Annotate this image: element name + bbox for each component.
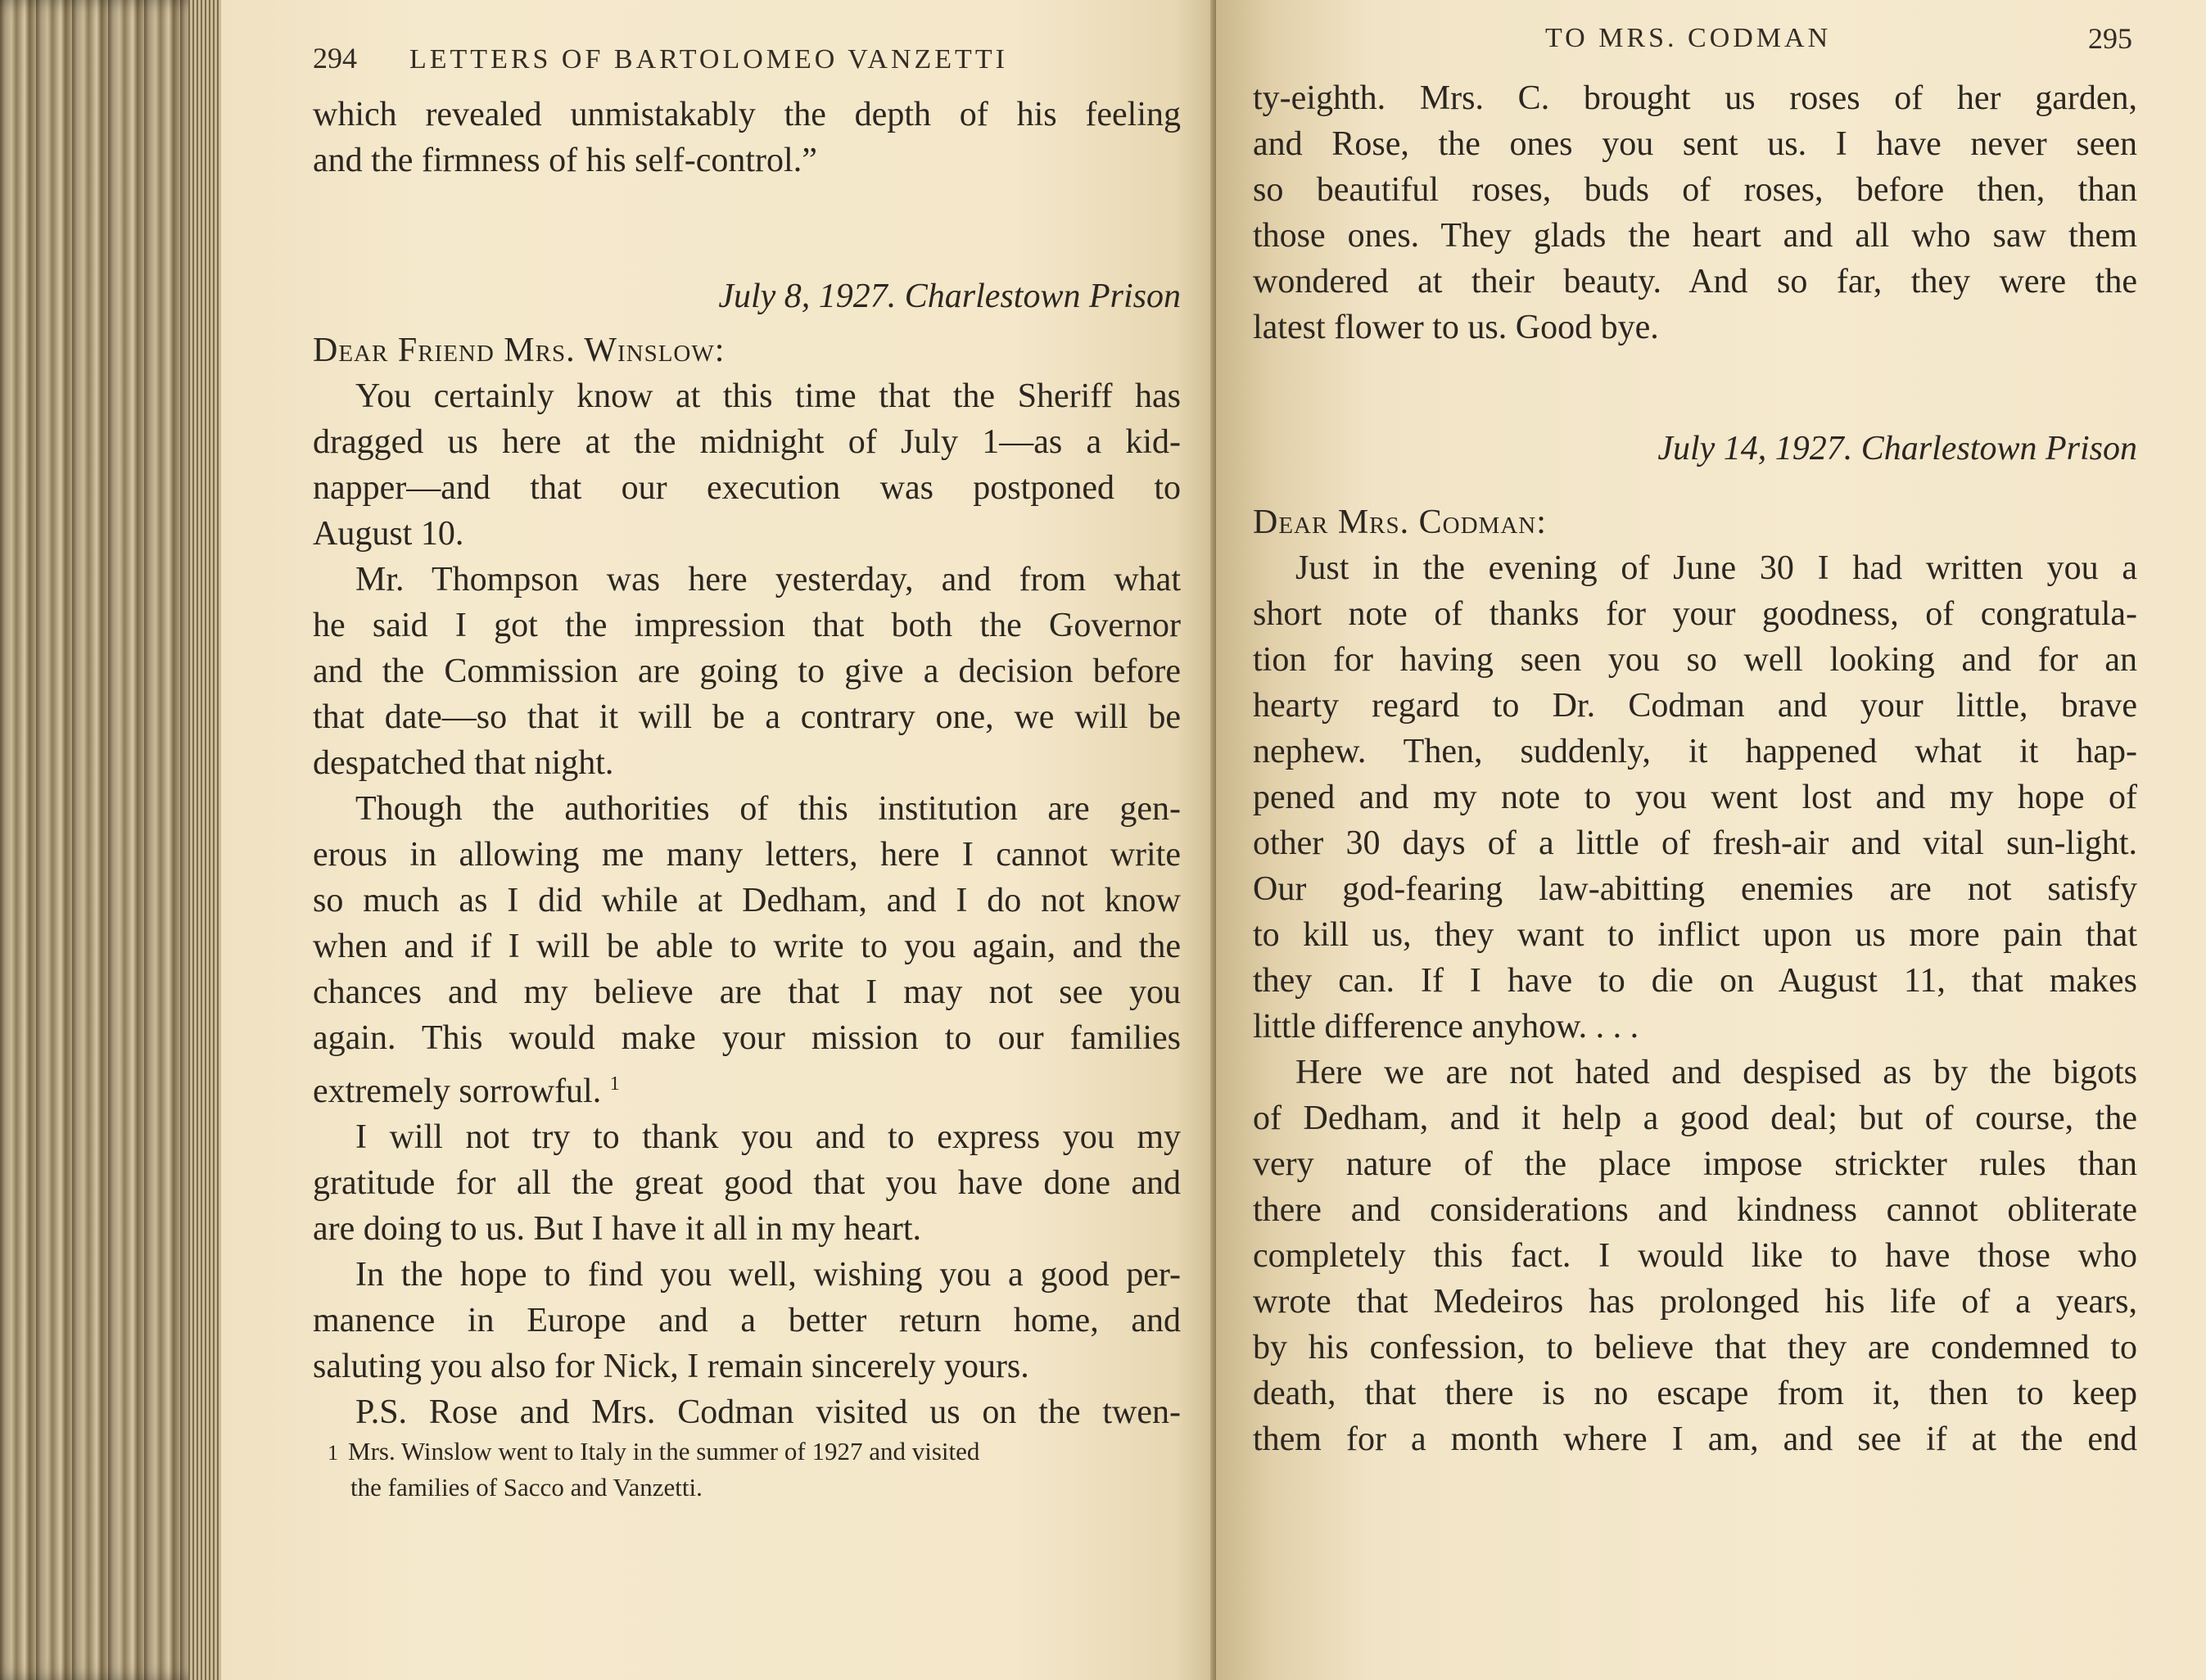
text-line: erous in allowing me many letters, here … [313,832,1181,878]
text-line: of Dedham, and it help a good deal; but … [1253,1095,2137,1141]
text-line: Here we are not hated and despised as by… [1253,1050,2137,1095]
text-line: and the Commission are going to give a d… [313,648,1181,694]
text-line: little difference anyhow. . . . [1253,1004,2137,1050]
text-line: Just in the evening of June 30 I had wri… [1253,545,2137,591]
footnote-reference: 1 [610,1073,620,1095]
paragraph: Just in the evening of June 30 I had wri… [1253,545,2137,1050]
right-page-body: ty-eighth. Mrs. C. brought us roses of h… [1253,75,2137,1462]
paragraph: You certainly know at this time that the… [313,373,1181,557]
text-line: pened and my note to you went lost and m… [1253,775,2137,820]
text-line: wondered at their beauty. And so far, th… [1253,259,2137,305]
text-line: You certainly know at this time that the… [313,373,1181,419]
text-line: so beautiful roses, buds of roses, befor… [1253,167,2137,213]
text-line: other 30 days of a little of fresh-air a… [1253,820,2137,866]
text-line: by his confession, to believe that they … [1253,1325,2137,1371]
text-line: August 10. [313,511,1181,557]
text-line: them for a month where I am, and see if … [1253,1416,2137,1462]
letter-salutation: Dear Friend Mrs. Winslow: [313,327,1181,373]
text-line: manence in Europe and a better return ho… [313,1298,1181,1344]
footnote: 1Mrs. Winslow went to Italy in the summe… [328,1434,1146,1505]
text-line: and the firmness of his self-control.” [313,138,1181,183]
footnote-line: the families of Sacco and Vanzetti. [328,1470,1146,1505]
text-line: completely this fact. I would like to ha… [1253,1233,2137,1279]
page-edges-stack [0,0,237,1680]
footnote-marker: 1 [328,1441,338,1465]
text-line: dragged us here at the midnight of July … [313,419,1181,465]
text-line: despatched that night. [313,740,1181,786]
text-line: again. This would make your mission to o… [313,1015,1181,1061]
text-line: hearty regard to Dr. Codman and your lit… [1253,683,2137,729]
text-line: tion for having seen you so well looking… [1253,637,2137,683]
left-page: 294 LETTERS OF BARTOLOMEO VANZETTI which… [221,0,1216,1680]
text-line: are doing to us. But I have it all in my… [313,1206,1181,1252]
text-line: short note of thanks for your goodness, … [1253,591,2137,637]
text-line: when and if I will be able to write to y… [313,924,1181,969]
text-line: they can. If I have to die on August 11,… [1253,958,2137,1004]
text-line: Our god-fearing law-abitting enemies are… [1253,866,2137,912]
running-head-right: TO MRS. CODMAN [1545,23,1831,54]
text-line: I will not try to thank you and to expre… [313,1114,1181,1160]
text-line: In the hope to find you well, wishing yo… [313,1252,1181,1298]
letter-salutation: Dear Mrs. Codman: [1253,499,2137,545]
paragraph: I will not try to thank you and to expre… [313,1114,1181,1252]
text-line: and Rose, the ones you sent us. I have n… [1253,121,2137,167]
text-line: those ones. They glads the heart and all… [1253,213,2137,259]
paragraph: In the hope to find you well, wishing yo… [313,1252,1181,1389]
text-line: he said I got the impression that both t… [313,603,1181,648]
text-line: to kill us, they want to inflict upon us… [1253,912,2137,958]
open-book: 294 LETTERS OF BARTOLOMEO VANZETTI which… [0,0,2206,1680]
text-line: saluting you also for Nick, I remain sin… [313,1344,1181,1389]
letter-dateline: July 8, 1927. Charlestown Prison [313,273,1181,319]
left-page-body: which revealed unmistakably the depth of… [313,92,1181,1435]
text-line: P.S. Rose and Mrs. Codman visited us on … [313,1389,1181,1435]
text-line: gratitude for all the great good that yo… [313,1160,1181,1206]
text-line: which revealed unmistakably the depth of… [313,92,1181,138]
text-line: Mr. Thompson was here yesterday, and fro… [313,557,1181,603]
text-line: very nature of the place impose strickte… [1253,1141,2137,1187]
paragraph: Mr. Thompson was here yesterday, and fro… [313,557,1181,786]
text-line: latest flower to us. Good bye. [1253,305,2137,350]
paragraph: Here we are not hated and despised as by… [1253,1050,2137,1462]
paragraph: P.S. Rose and Mrs. Codman visited us on … [313,1389,1181,1435]
footnote-line: 1Mrs. Winslow went to Italy in the summe… [328,1434,1146,1470]
page-number-left: 294 [313,41,357,75]
paragraph: Though the authorities of this instituti… [313,786,1181,1114]
text-line: extremely sorrowful. 1 [313,1061,1181,1114]
text-line: chances and my believe are that I may no… [313,969,1181,1015]
text-line: so much as I did while at Dedham, and I … [313,878,1181,924]
text-line: napper—and that our execution was postpo… [313,465,1181,511]
page-number-right: 295 [2088,21,2132,56]
text-line: wrote that Medeiros has prolonged his li… [1253,1279,2137,1325]
text-line-content: extremely sorrowful. [313,1073,601,1110]
text-line: Though the authorities of this instituti… [313,786,1181,832]
text-line: that date—so that it will be a contrary … [313,694,1181,740]
letter-dateline: July 14, 1927. Charlestown Prison [1253,426,2137,472]
text-line: death, that there is no escape from it, … [1253,1371,2137,1416]
right-page: TO MRS. CODMAN 295 ty-eighth. Mrs. C. br… [1216,0,2206,1680]
running-head-left: LETTERS OF BARTOLOMEO VANZETTI [409,44,1008,75]
footnote-text: Mrs. Winslow went to Italy in the summer… [348,1437,979,1465]
text-line: ty-eighth. Mrs. C. brought us roses of h… [1253,75,2137,121]
text-line: nephew. Then, suddenly, it happened what… [1253,729,2137,775]
text-line: there and considerations and kindness ca… [1253,1187,2137,1233]
